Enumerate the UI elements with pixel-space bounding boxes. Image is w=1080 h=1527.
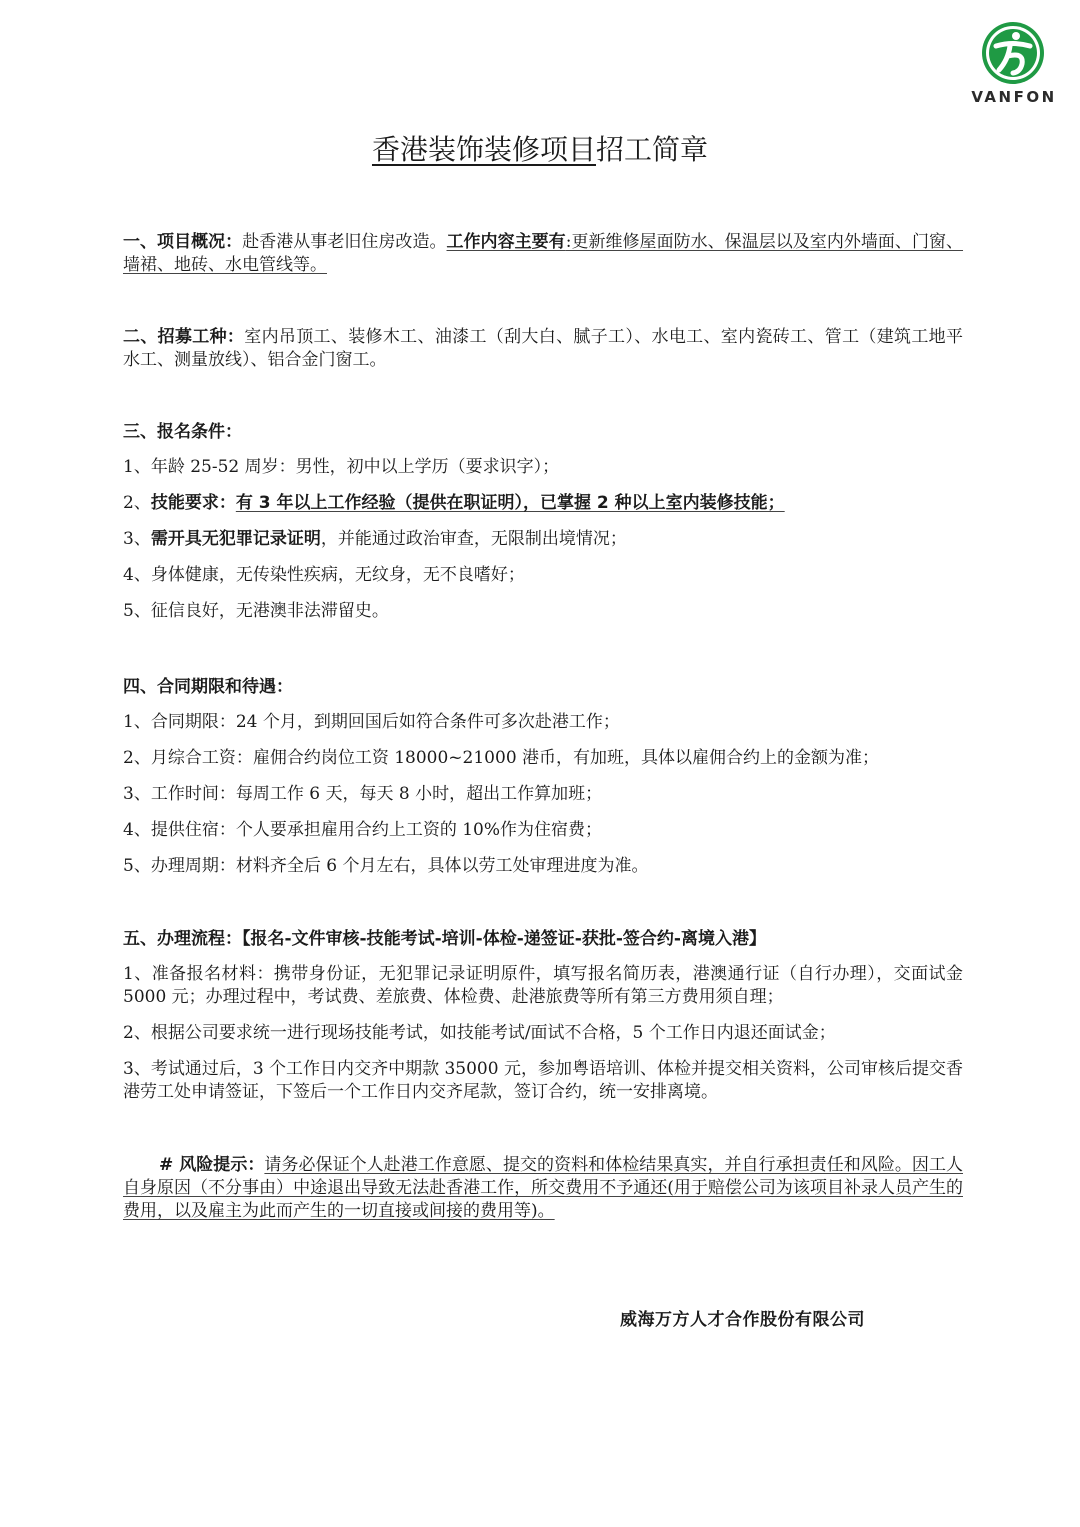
section-contract: 四、合同期限和待遇： 1、合同期限：24 个月，到期回国后如符合条件可多次赴港工… <box>123 676 963 878</box>
list-item: 5、征信良好，无港澳非法滞留史。 <box>123 600 963 623</box>
company-logo: VANFON <box>958 18 1070 108</box>
risk-label: # 风险提示： <box>159 1155 264 1175</box>
item-number: 3、 <box>123 784 151 804</box>
list-item: 1、合同期限：24 个月，到期回国后如符合条件可多次赴港工作； <box>123 711 963 734</box>
section-heading: 五、办理流程：【报名-文件审核-技能考试-培训-体检-递签证-获批-签合约-离境… <box>123 928 963 951</box>
item-number: 1、 <box>123 964 152 984</box>
list-item: 3、工作时间：每周工作 6 天，每天 8 小时，超出工作算加班； <box>123 783 963 806</box>
vanfon-logo-icon <box>980 20 1046 86</box>
item-number: 5、 <box>123 601 151 621</box>
item-number: 4、 <box>123 820 151 840</box>
item-number: 5、 <box>123 856 151 876</box>
section-heading: 二、招募工种： <box>123 327 244 347</box>
list-item: 3、需开具无犯罪记录证明，并能通过政治审查，无限制出境情况； <box>123 528 963 551</box>
list-item: 2、月综合工资：雇佣合约岗位工资 18000~21000 港币，有加班，具体以雇… <box>123 747 963 770</box>
section-heading: 四、合同期限和待遇： <box>123 676 963 699</box>
work-content-label: 工作内容主要有 <box>447 232 566 252</box>
item-number: 4、 <box>123 565 151 585</box>
item-number: 2、 <box>123 1023 151 1043</box>
section-heading: 三、报名条件： <box>123 421 963 444</box>
list-item: 2、技能要求：有 3 年以上工作经验（提供在职证明），已掌握 2 种以上室内装修… <box>123 492 963 515</box>
section-text: 室内吊顶工、装修木工、油漆工（刮大白、腻子工）、水电工、室内瓷砖工、管工（建筑工… <box>123 327 963 370</box>
item-label: 需开具无犯罪记录证明 <box>151 529 321 549</box>
logo-text: VANFON <box>958 88 1070 106</box>
list-item: 2、根据公司要求统一进行现场技能考试，如技能考试/面试不合格，5 个工作日内退还… <box>123 1022 963 1045</box>
item-text: 合同期限：24 个月，到期回国后如符合条件可多次赴港工作； <box>151 712 620 732</box>
page-title: 香港装饰装修项目招工简章 <box>0 130 1080 170</box>
item-text: 月综合工资：雇佣合约岗位工资 18000~21000 港币，有加班，具体以雇佣合… <box>151 748 879 768</box>
item-text: ，并能通过政治审查，无限制出境情况； <box>321 529 627 549</box>
item-number: 3、 <box>123 529 151 549</box>
list-item: 4、身体健康，无传染性疾病，无纹身，无不良嗜好； <box>123 564 963 587</box>
section-text: 赴香港从事老旧住房改造。 <box>242 232 446 252</box>
list-item: 5、办理周期：材料齐全后 6 个月左右，具体以劳工处审理进度为准。 <box>123 855 963 878</box>
item-text: 工作时间：每周工作 6 天，每天 8 小时，超出工作算加班； <box>151 784 602 804</box>
item-text: 征信良好，无港澳非法滞留史。 <box>151 601 389 621</box>
item-text: 办理周期：材料齐全后 6 个月左右，具体以劳工处审理进度为准。 <box>151 856 649 876</box>
list-item: 4、提供住宿：个人要承担雇用合约上工资的 10%作为住宿费； <box>123 819 963 842</box>
process-flow: 【报名-文件审核-技能考试-培训-体检-递签证-获批-签合约-离境入港】 <box>242 929 766 949</box>
heading-label: 五、办理流程： <box>123 929 242 949</box>
item-text: 身体健康，无传染性疾病，无纹身，无不良嗜好； <box>151 565 525 585</box>
list-item: 1、准备报名材料：携带身份证，无犯罪记录证明原件，填写报名简历表，港澳通行证（自… <box>123 963 963 1009</box>
item-number: 2、 <box>123 748 151 768</box>
item-number: 2、 <box>123 493 151 513</box>
title-underlined: 香港装饰装修项目 <box>372 133 596 166</box>
item-number: 1、 <box>123 712 151 732</box>
section-requirements: 三、报名条件： 1、年龄 25-52 周岁：男性，初中以上学历（要求识字）； 2… <box>123 421 963 623</box>
risk-notice: # 风险提示：请务必保证个人赴港工作意愿、提交的资料和体检结果真实，并自行承担责… <box>123 1154 963 1223</box>
section-heading: 一、项目概况： <box>123 232 242 252</box>
section-job-types: 二、招募工种：室内吊顶工、装修木工、油漆工（刮大白、腻子工）、水电工、室内瓷砖工… <box>123 326 963 372</box>
title-rest: 招工简章 <box>596 133 708 166</box>
item-number: 1、 <box>123 457 151 477</box>
item-text: 提供住宿：个人要承担雇用合约上工资的 10%作为住宿费； <box>151 820 602 840</box>
item-text: 年龄 25-52 周岁：男性，初中以上学历（要求识字）； <box>151 457 559 477</box>
section-overview: 一、项目概况：赴香港从事老旧住房改造。工作内容主要有:更新维修屋面防水、保温层以… <box>123 231 963 277</box>
item-label: 技能要求： <box>151 493 236 513</box>
list-item: 3、考试通过后，3 个工作日内交齐中期款 35000 元，参加粤语培训、体检并提… <box>123 1058 963 1104</box>
list-item: 1、年龄 25-52 周岁：男性，初中以上学历（要求识字）； <box>123 456 963 479</box>
item-text: 有 3 年以上工作经验（提供在职证明），已掌握 2 种以上室内装修技能； <box>236 493 785 513</box>
section-process: 五、办理流程：【报名-文件审核-技能考试-培训-体检-递签证-获批-签合约-离境… <box>123 928 963 1104</box>
item-text: 根据公司要求统一进行现场技能考试，如技能考试/面试不合格，5 个工作日内退还面试… <box>151 1023 836 1043</box>
item-text: 准备报名材料：携带身份证，无犯罪记录证明原件，填写报名简历表，港澳通行证（自行办… <box>123 964 963 1007</box>
company-signature: 威海万方人才合作股份有限公司 <box>620 1305 865 1330</box>
item-number: 3、 <box>123 1059 151 1079</box>
item-text: 考试通过后，3 个工作日内交齐中期款 35000 元，参加粤语培训、体检并提交相… <box>123 1059 963 1102</box>
